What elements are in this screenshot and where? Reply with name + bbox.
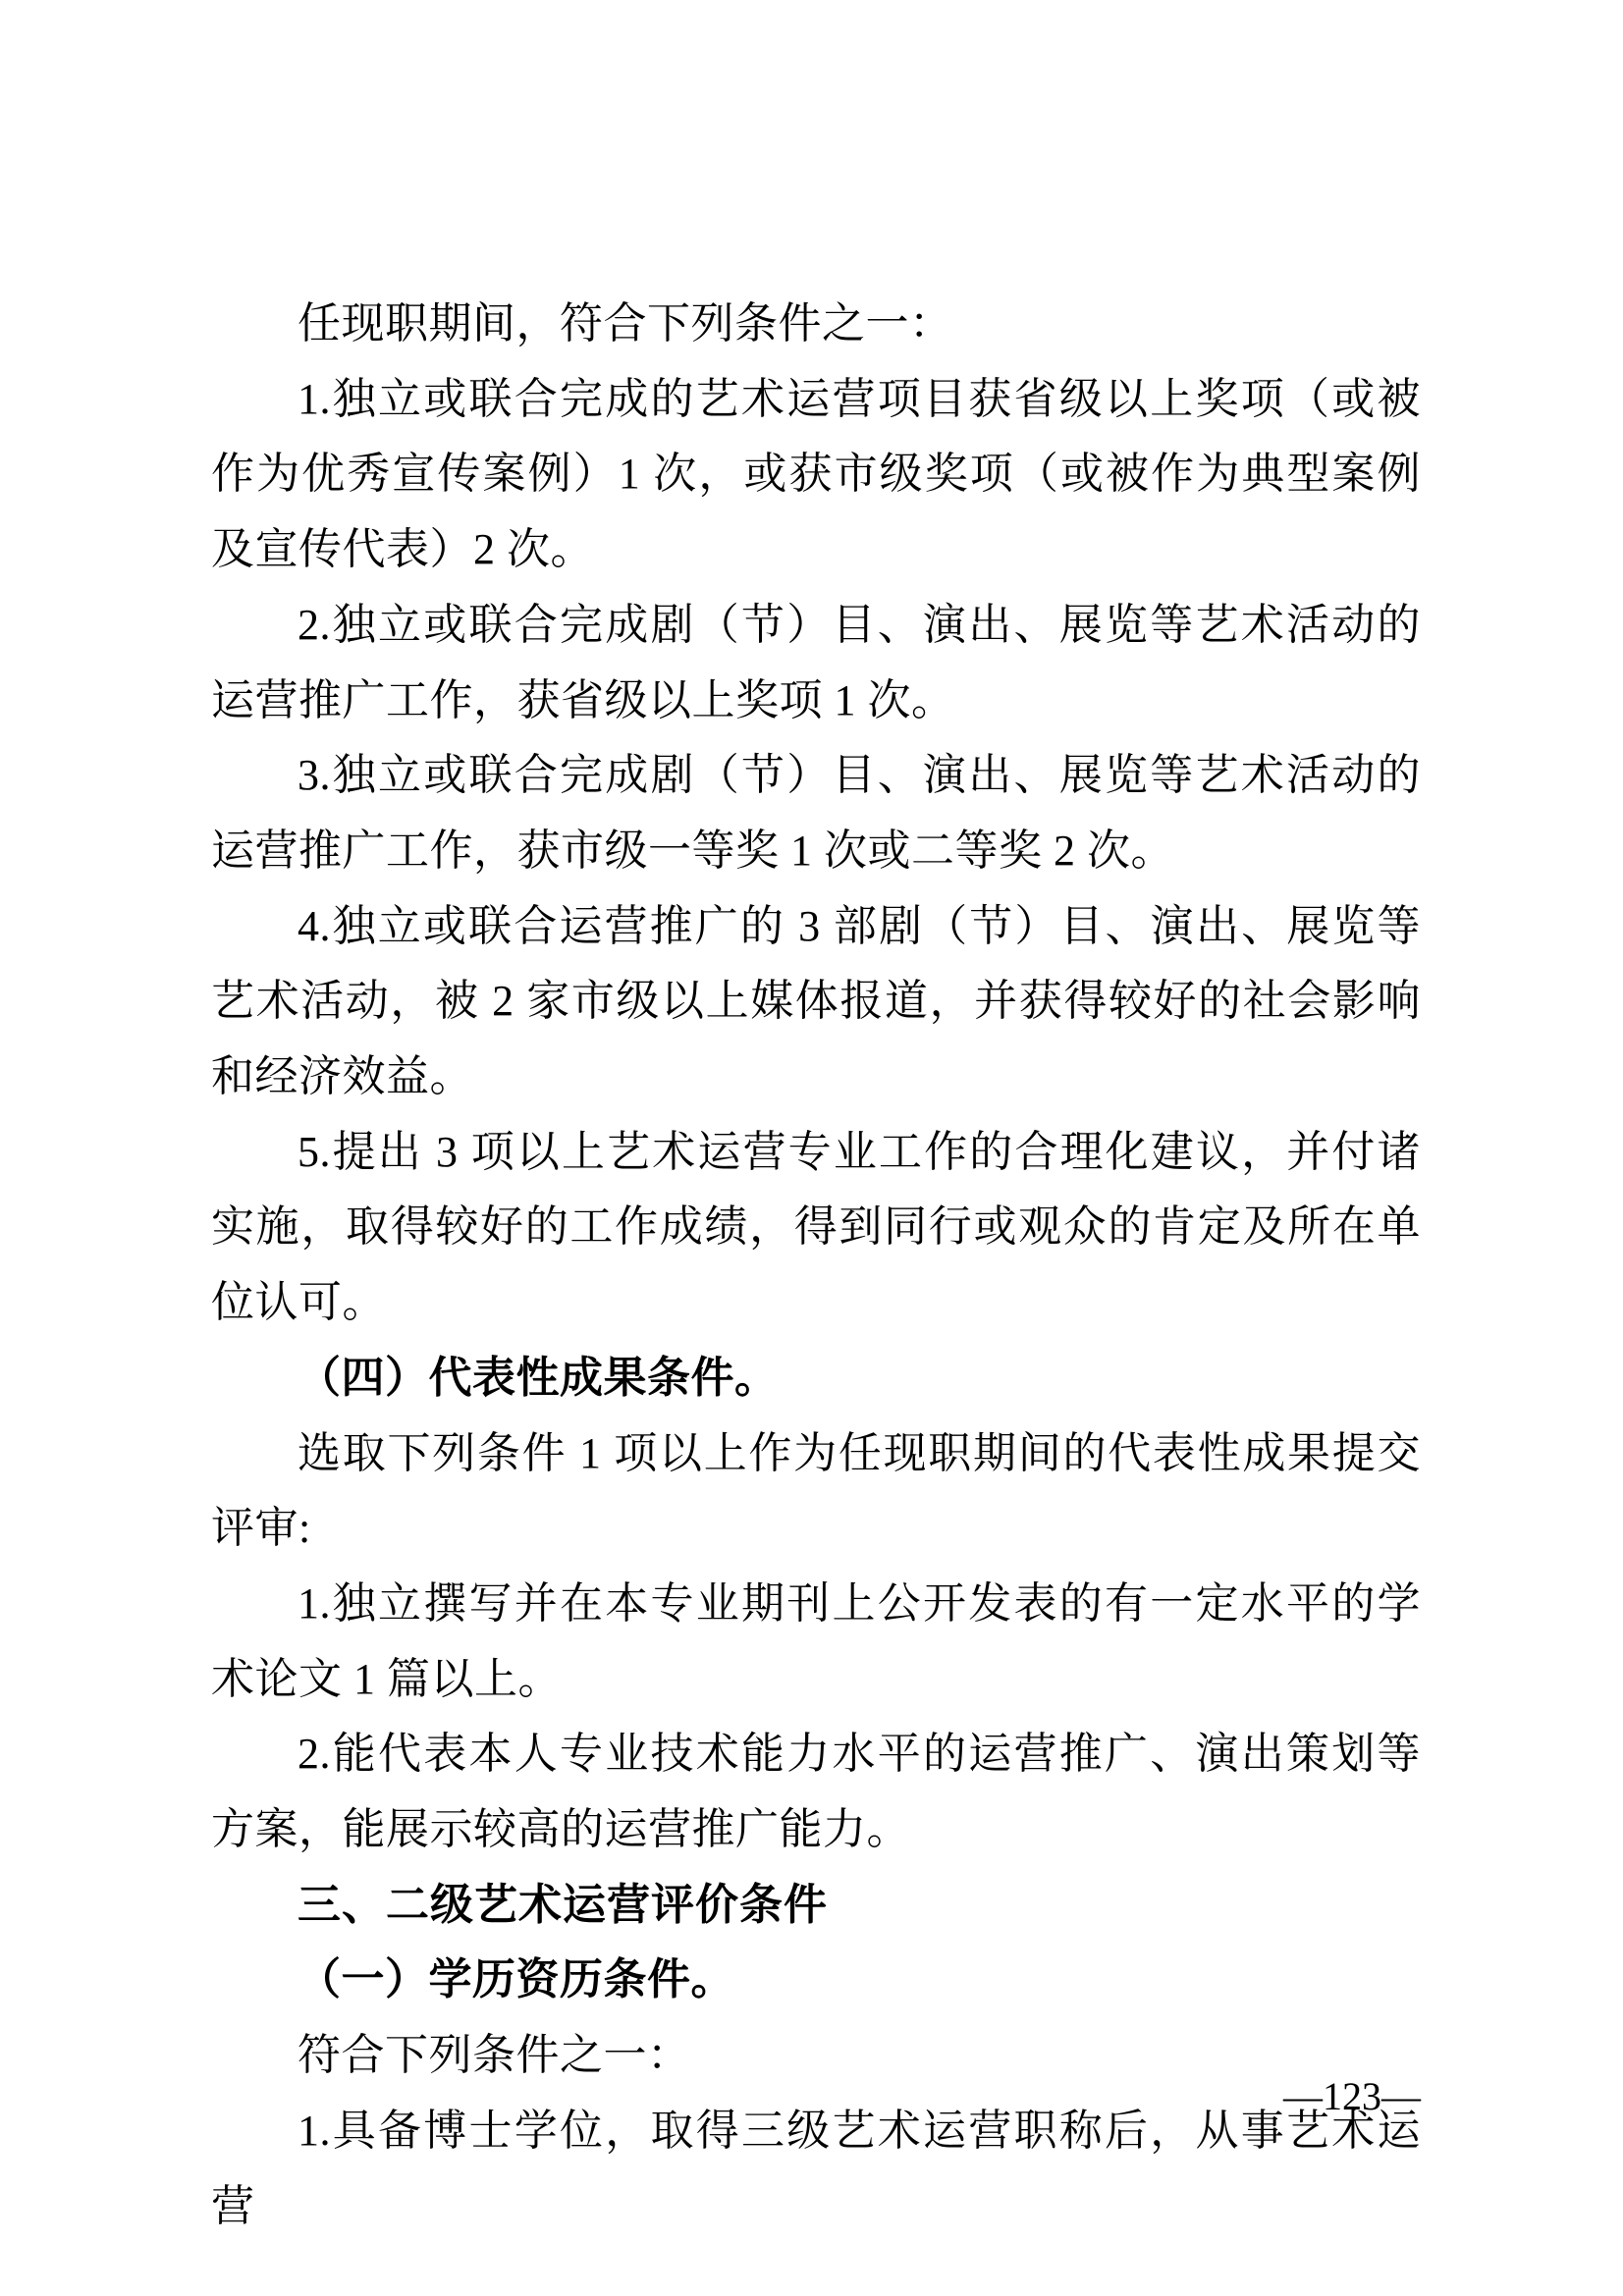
paragraph: （四）代表性成果条件。 xyxy=(211,1341,1421,1416)
paragraph: 1.具备博士学位，取得三级艺术运营职称后，从事艺术运营 xyxy=(211,2094,1421,2244)
paragraph: 2.独立或联合完成剧（节）目、演出、展览等艺术活动的运营推广工作，获省级以上奖项… xyxy=(211,588,1421,738)
paragraph: 1.独立撰写并在本专业期刊上公开发表的有一定水平的学术论文 1 篇以上。 xyxy=(211,1567,1421,1717)
page-number: —123— xyxy=(1283,2075,1421,2118)
paragraph: 三、二级艺术运营评价条件 xyxy=(211,1868,1421,1944)
document-body: 任现职期间，符合下列条件之一：1.独立或联合完成的艺术运营项目获省级以上奖项（或… xyxy=(211,287,1421,2244)
paragraph: 3.独立或联合完成剧（节）目、演出、展览等艺术活动的运营推广工作，获市级一等奖 … xyxy=(211,738,1421,888)
paragraph: 2.能代表本人专业技术能力水平的运营推广、演出策划等方案，能展示较高的运营推广能… xyxy=(211,1717,1421,1867)
paragraph: （一）学历资历条件。 xyxy=(211,1943,1421,2018)
paragraph: 符合下列条件之一： xyxy=(211,2018,1421,2094)
document-page: 任现职期间，符合下列条件之一：1.独立或联合完成的艺术运营项目获省级以上奖项（或… xyxy=(0,0,1623,2296)
paragraph: 1.独立或联合完成的艺术运营项目获省级以上奖项（或被作为优秀宣传案例）1 次，或… xyxy=(211,362,1421,588)
paragraph: 选取下列条件 1 项以上作为任现职期间的代表性成果提交评审: xyxy=(211,1416,1421,1567)
paragraph: 4.独立或联合运营推广的 3 部剧（节）目、演出、展览等艺术活动，被 2 家市级… xyxy=(211,889,1421,1115)
paragraph: 任现职期间，符合下列条件之一： xyxy=(211,287,1421,362)
paragraph: 5.提出 3 项以上艺术运营专业工作的合理化建议，并付诸实施，取得较好的工作成绩… xyxy=(211,1115,1421,1341)
